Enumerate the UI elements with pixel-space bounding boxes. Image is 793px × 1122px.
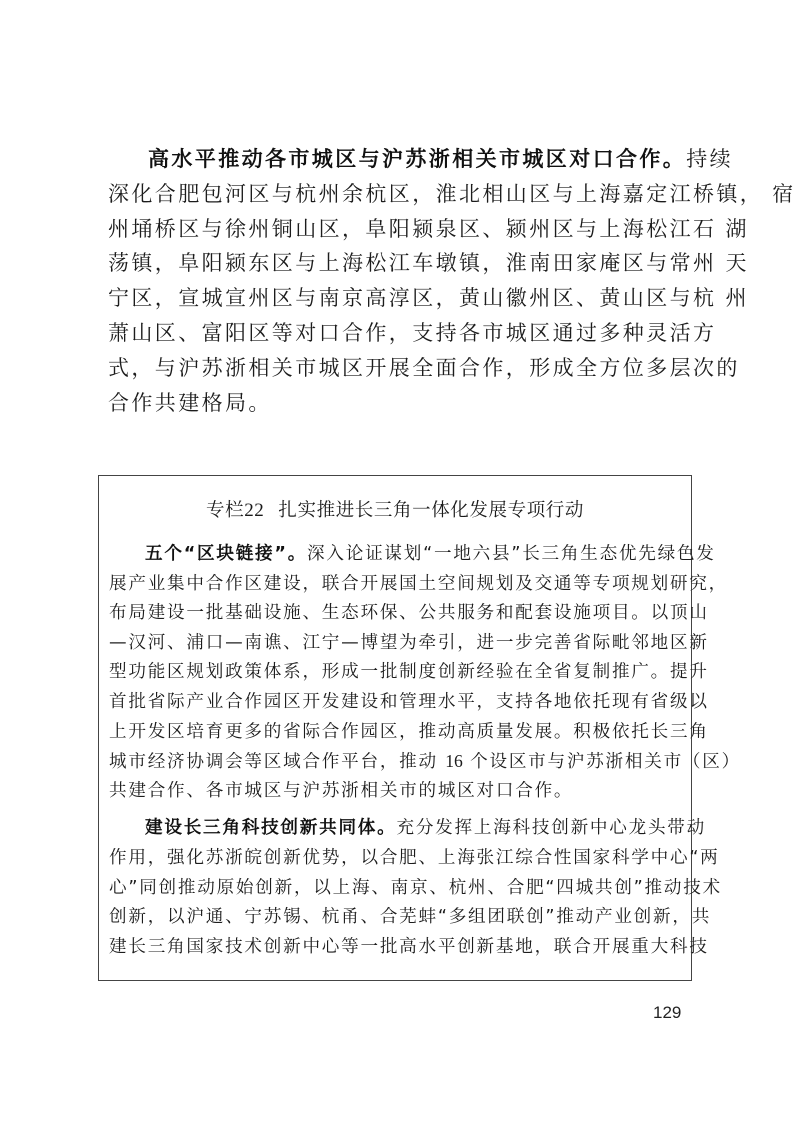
box-line: 上开发区培育更多的省际合作园区，推动高质量发展。积极依托长三角 bbox=[109, 718, 683, 748]
main-paragraph: 高水平推动各市城区与沪苏浙相关市城区对口合作。持续 深化合肥包河区与杭州余杭区，… bbox=[108, 142, 698, 420]
box-line: 建长三角国家技术创新中心等一批高水平创新基地，联合开展重大科技 bbox=[109, 933, 683, 963]
box-line: 城市经济协调会等区域合作平台，推动 16 个设区市与沪苏浙相关市（区） bbox=[109, 747, 683, 777]
paragraph-heading: 高水平推动各市城区与沪苏浙相关市城区对口合作。 bbox=[148, 147, 686, 171]
box-line: 五个“区块链接”。深入论证谋划“一地六县”长三角生态优先绿色发 bbox=[109, 540, 683, 570]
column-box-body: 五个“区块链接”。深入论证谋划“一地六县”长三角生态优先绿色发 展产业集中合作区… bbox=[109, 540, 683, 962]
paragraph-line: 萧山区、富阳区等对口合作，支持各市城区通过多种灵活方 bbox=[108, 316, 698, 351]
column-title-text: 扎实推进长三角一体化发展专项行动 bbox=[278, 500, 584, 521]
paragraph-line: 荡镇，阜阳颍东区与上海松江车墩镇，淮南田家庵区与常州 天 bbox=[108, 246, 698, 281]
box-line: 心”同创推动原始创新，以上海、南京、杭州、合肥“四城共创”推动技术 bbox=[109, 874, 683, 904]
column-number: 22 bbox=[244, 500, 264, 521]
document-page: 高水平推动各市城区与沪苏浙相关市城区对口合作。持续 深化合肥包河区与杭州余杭区，… bbox=[0, 0, 793, 1122]
box-line: 共建合作、各市城区与沪苏浙相关市的城区对口合作。 bbox=[109, 777, 683, 807]
box-line: 布局建设一批基础设施、生态环保、公共服务和配套设施项目。以顶山 bbox=[109, 599, 683, 629]
box-line: 创新，以沪通、宁苏锡、杭甬、合芜蚌“多组团联创”推动产业创新，共 bbox=[109, 903, 683, 933]
box-line: 作用，强化苏浙皖创新优势，以合肥、上海张江综合性国家科学中心“两 bbox=[109, 844, 683, 874]
paragraph-line: 宁区，宣城宣州区与南京高淳区，黄山徽州区、黄山区与杭 州 bbox=[108, 281, 698, 316]
column-box: 专栏22扎实推进长三角一体化发展专项行动 五个“区块链接”。深入论证谋划“一地六… bbox=[98, 475, 692, 981]
box-line: 首批省际产业合作园区开发建设和管理水平，支持各地依托现有省级以 bbox=[109, 688, 683, 718]
paragraph-line: 合作共建格局。 bbox=[108, 386, 698, 421]
box-line: 建设长三角科技创新共同体。充分发挥上海科技创新中心龙头带动 bbox=[109, 814, 683, 844]
section-heading: 五个“区块链接”。 bbox=[145, 544, 307, 564]
paragraph-line: 州埇桥区与徐州铜山区，阜阳颍泉区、颍州区与上海松江石 湖 bbox=[108, 212, 698, 247]
box-line: —汉河、浦口—南谯、江宁—博望为牵引，进一步完善省际毗邻地区新 bbox=[109, 629, 683, 659]
paragraph-line: 深化合肥包河区与杭州余杭区，淮北相山区与上海嘉定江桥镇， 宿 bbox=[108, 177, 698, 212]
section-heading: 建设长三角科技创新共同体。 bbox=[145, 818, 396, 838]
column-box-title: 专栏22扎实推进长三角一体化发展专项行动 bbox=[99, 496, 691, 522]
box-line: 型功能区规划政策体系，形成一批制度创新经验在全省复制推广。提升 bbox=[109, 658, 683, 688]
page-number: 129 bbox=[653, 1003, 681, 1023]
paragraph-line: 高水平推动各市城区与沪苏浙相关市城区对口合作。持续 bbox=[108, 142, 698, 177]
box-line: 展产业集中合作区建设，联合开展国土空间规划及交通等专项规划研究， bbox=[109, 570, 683, 600]
column-label: 专栏 bbox=[206, 500, 244, 521]
paragraph-line: 式，与沪苏浙相关市城区开展全面合作，形成全方位多层次的 bbox=[108, 351, 698, 386]
